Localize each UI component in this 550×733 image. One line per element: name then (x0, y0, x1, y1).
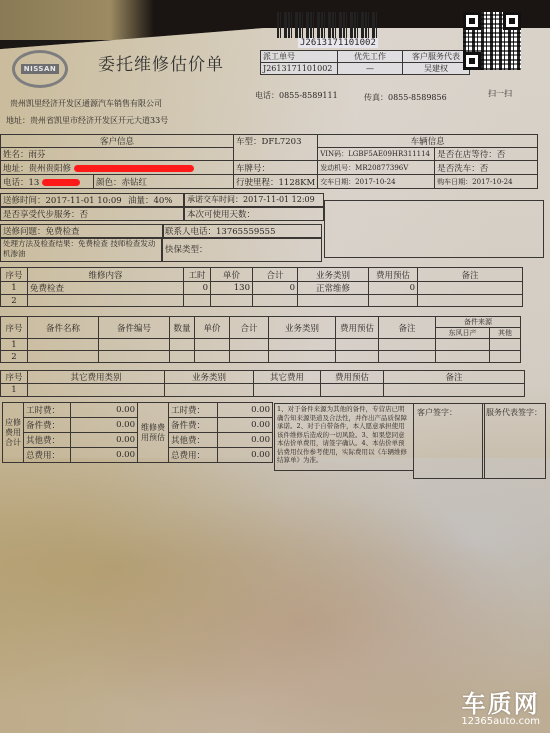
col-subheader: 其他 (489, 328, 520, 339)
table-row: 2 (1, 295, 523, 307)
col-header: 费用预估 (321, 371, 384, 384)
order-header: 优先工作 (338, 51, 403, 63)
fee-label: 备件费： (169, 418, 218, 433)
col-header: 业务类别 (298, 268, 369, 282)
other-fees-table: 序号 其它费用类别 业务类别 其它费用 费用预估 备注 1 (0, 370, 525, 397)
vehicle-model: 车型：DFL7203 (234, 135, 318, 148)
table-row: 2 (1, 351, 521, 363)
engine-number: 发动机号：MR20877396V (318, 161, 435, 175)
col-header: 单价 (211, 268, 253, 282)
cell (418, 282, 523, 295)
promised-delivery-time: 承诺交车时间：2017-11-01 12:09 (184, 193, 324, 207)
fee-value: 0.00 (218, 418, 273, 433)
customer-phone: 电话：13 (3, 178, 39, 188)
phone-number: 电话：0855-8589111 (255, 90, 338, 101)
cell: 0 (184, 282, 211, 295)
col-header: 备注 (384, 371, 525, 384)
labor-table: 序号 维修内容 工时 单价 合计 业务类别 费用预估 备注 1 免费检查 0 1… (0, 267, 523, 307)
table-row: 1 免费检查 0 130 0 正常维修 0 (1, 282, 523, 295)
parts-table: 序号 备件名称 备件编号 数量 单价 合计 业务类别 费用预估 备注 备件来源 … (0, 316, 521, 363)
barcode-number: J2613171101002 (298, 38, 378, 48)
fee-value: 0.00 (71, 448, 138, 463)
actual-total-label: 应修费用合计 (3, 403, 24, 463)
vehicle-section-title: 车辆信息 (318, 135, 538, 148)
scan-label: 扫一扫 (488, 88, 512, 99)
col-header: 维修内容 (28, 268, 184, 282)
cell: 正常维修 (298, 282, 369, 295)
table-row: 1 (1, 339, 521, 351)
col-header: 单价 (195, 317, 230, 339)
fee-label: 备件费： (24, 418, 71, 433)
fee-value: 0.00 (218, 403, 273, 418)
customer-address: 地址：贵州贵阳修 (3, 164, 71, 174)
cell: 0 (369, 282, 418, 295)
col-header: 其它费用类别 (28, 371, 165, 384)
col-header: 合计 (230, 317, 269, 339)
watermark-title: 车质网 (461, 684, 540, 719)
order-number: J2613171101002 (261, 63, 338, 75)
fee-value: 0.00 (71, 403, 138, 418)
col-header: 序号 (1, 268, 28, 282)
nissan-logo: NISSAN (12, 50, 68, 88)
col-header: 其它费用 (254, 371, 321, 384)
fuel-level: 油量：40% (128, 194, 172, 206)
vehicle-diagram (324, 200, 544, 258)
customer-vehicle-table: 客户信息 车型：DFL7203 车辆信息 姓名：雨芬 VIN码：LGBF5AE0… (0, 134, 538, 189)
watermark: 车质网 12365auto.com (461, 684, 540, 727)
priority-value: — (338, 63, 403, 75)
contact-phone: 联系人电话：13765559555 (162, 224, 322, 238)
usable-days: 本次可使用天数： (184, 207, 324, 221)
fee-value: 0.00 (218, 448, 273, 463)
redaction-mark (42, 179, 80, 186)
col-header: 备注 (418, 268, 523, 282)
customer-section-title: 客户信息 (1, 135, 234, 148)
vehicle-mileage: 行驶里程：1128KM (234, 175, 318, 189)
fee-value: 0.00 (218, 433, 273, 448)
cell: 1 (1, 339, 28, 351)
fee-label: 其他费： (24, 433, 71, 448)
fee-label: 工时费： (169, 403, 218, 418)
cell: 2 (1, 295, 28, 307)
watermark-url: 12365auto.com (461, 716, 540, 727)
purchase-date: 购车日期：2017-10-24 (435, 175, 538, 189)
repair-issue: 送修问题：免费检查 (0, 224, 164, 238)
col-header: 工时 (184, 268, 211, 282)
company-address: 地址：贵州省凯里市经济开发区开元大道33号 (6, 115, 168, 126)
document-title: 委托维修估价单 (98, 50, 224, 75)
col-header: 费用预估 (336, 317, 379, 339)
col-header: 数量 (170, 317, 195, 339)
fee-label: 总费用： (169, 448, 218, 463)
vehicle-plate: 车牌号： (234, 161, 318, 175)
col-header: 合计 (253, 268, 298, 282)
table-row: 1 (1, 384, 525, 397)
fee-label: 其他费： (169, 433, 218, 448)
cell: 130 (211, 282, 253, 295)
barcode-icon (277, 12, 377, 38)
cell: 1 (1, 282, 28, 295)
customer-name: 姓名：雨芬 (1, 148, 234, 161)
col-header: 备注 (379, 317, 436, 339)
col-header: 业务类别 (165, 371, 254, 384)
fee-value: 0.00 (71, 418, 138, 433)
vehicle-color: 颜色：赤钻红 (94, 175, 234, 189)
service-rep-value: 吴建权 (403, 63, 470, 75)
col-header: 业务类别 (269, 317, 336, 339)
order-header: 客户服务代表 (403, 51, 470, 63)
company-name: 贵州凯里经济开发区通源汽车销售有限公司 (10, 98, 162, 109)
service-rep-signature-field[interactable]: 服务代表签字： (482, 403, 546, 479)
customer-signature-field[interactable]: 客户签字： (413, 403, 485, 479)
insurance-type: 快保类型： (162, 238, 322, 262)
fee-label: 工时费： (24, 403, 71, 418)
fee-value: 0.00 (71, 433, 138, 448)
fee-label: 总费用： (24, 448, 71, 463)
totals-table: 应修费用合计 工时费： 0.00 维修费用预估 工时费： 0.00 备件费： 0… (2, 402, 273, 463)
delivery-date: 交车日期：2017-10-24 (318, 175, 435, 189)
vehicle-vin: VIN码：LGBF5AE09HR311114 (318, 148, 435, 161)
fax-number: 传真：0855-8589856 (364, 92, 447, 103)
col-header: 备件名称 (28, 317, 99, 339)
cell: 免费检查 (28, 282, 184, 295)
col-header: 序号 (1, 317, 28, 339)
cell: 1 (1, 384, 28, 397)
estimate-total-label: 维修费用预估 (138, 403, 169, 463)
col-subheader: 东风日产 (436, 328, 490, 339)
cell: 2 (1, 351, 28, 363)
order-header: 派工单号 (261, 51, 338, 63)
wait-in-store: 是否在店等待：否 (435, 148, 538, 161)
logo-text: NISSAN (21, 64, 60, 74)
terms-notes: 1、对于备件来源为其他的备件，专营店已明确告知来源渠道及合法性，并作出产品质保障… (274, 403, 414, 471)
col-header: 备件编号 (99, 317, 170, 339)
courtesy-car-service: 是否享受代步服务：否 (0, 207, 184, 221)
car-wash: 是否洗车：否 (435, 161, 538, 175)
col-header: 费用预估 (369, 268, 418, 282)
col-header: 备件来源 (436, 317, 521, 328)
qr-code-icon[interactable] (463, 12, 521, 70)
inspection-result: 处理方法及检查结果：免费检查 技师检查发动机渗油 (0, 238, 162, 262)
redaction-mark (74, 165, 194, 172)
order-info-table: 派工单号 优先工作 客户服务代表 J2613171101002 — 吴建权 (260, 50, 470, 75)
col-header: 序号 (1, 371, 28, 384)
cell: 0 (253, 282, 298, 295)
